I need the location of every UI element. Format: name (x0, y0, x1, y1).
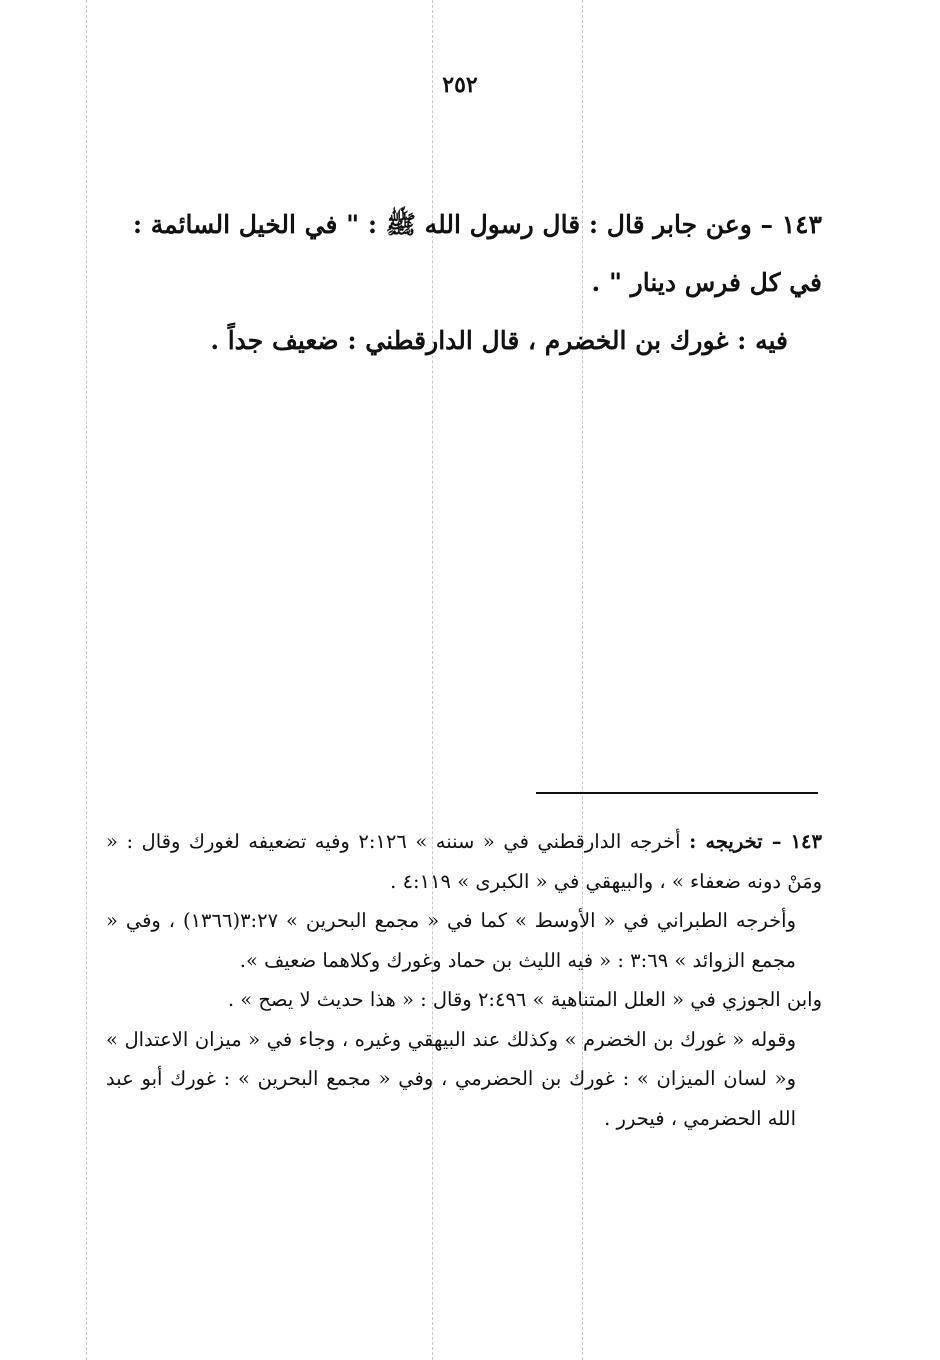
hadith-commentary: فيه : غورك بن الخضرم ، قال الدارقطني : ض… (106, 312, 822, 370)
footnote-paragraph: ١٤٣ – تخريجه : أخرجه الدارقطني في « سننه… (106, 822, 822, 901)
footnote-paragraph: وقوله « غورك بن الخضرم » وكذلك عند البيه… (106, 1020, 822, 1139)
footnote-paragraph: وابن الجوزي في « العلل المتناهية » ٢:٤٩٦… (106, 980, 822, 1020)
footnote-separator (536, 792, 818, 794)
scan-artifact-line (86, 0, 87, 1360)
footnote-paragraph: وأخرجه الطبراني في « الأوسط » كما في « م… (106, 901, 822, 980)
page-number: ٢٥٢ (0, 72, 920, 98)
hadith-line-1: ١٤٣ – وعن جابر قال : قال رسول الله ﷺ : "… (106, 196, 822, 254)
hadith-line-2: في كل فرس دينار " . (106, 254, 822, 312)
footnotes-section: ١٤٣ – تخريجه : أخرجه الدارقطني في « سننه… (106, 822, 822, 1138)
hadith-text: ١٤٣ – وعن جابر قال : قال رسول الله ﷺ : "… (106, 196, 822, 370)
footnote-label: ١٤٣ – تخريجه : (689, 830, 822, 853)
